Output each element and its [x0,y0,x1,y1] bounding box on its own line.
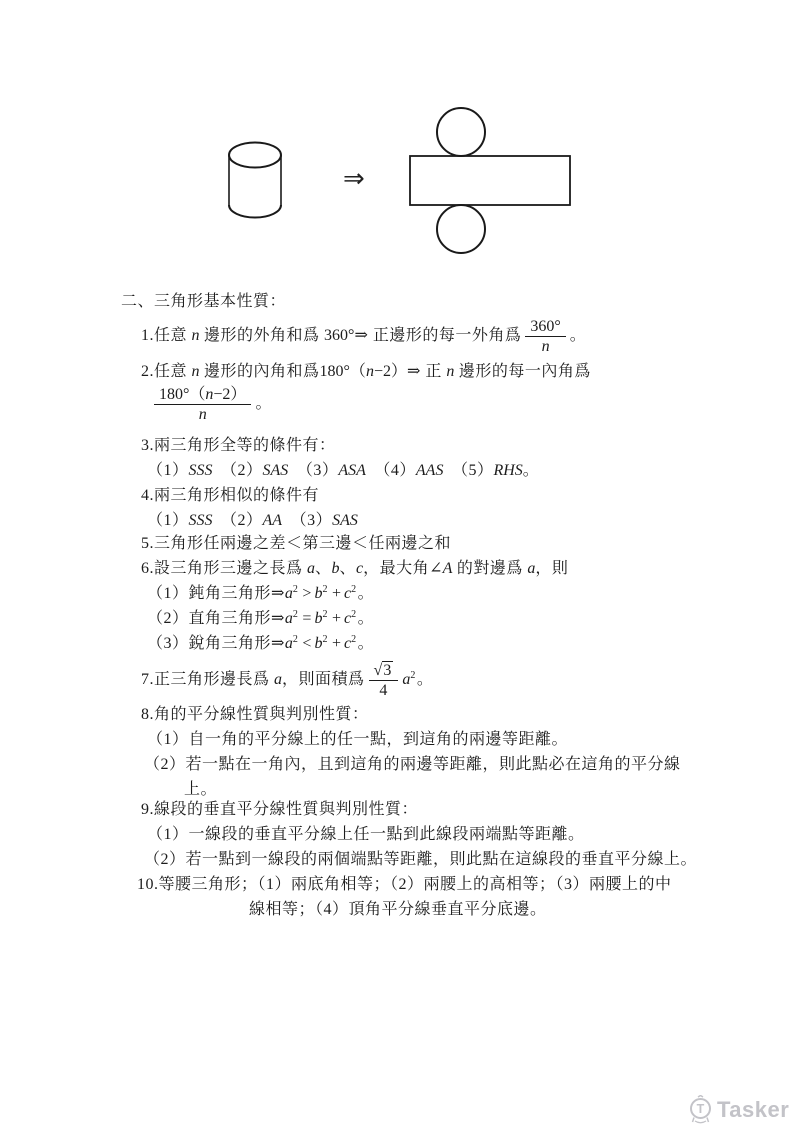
text-fragment: 1.任意 [141,327,192,344]
rule-interior-angles-formula: 180°（n−2）n。 [150,386,272,423]
math-operator: < [302,635,311,652]
math-number: −2） [374,363,407,380]
math-number: 180°（ [159,386,205,403]
cylinder-net-figure [407,105,573,257]
text-fragment: 。 [417,671,434,688]
math-abbrev: SSS [189,462,213,479]
text-fragment: 上。 [184,781,217,798]
tasker-watermark: T Tasker [687,1095,789,1124]
tasker-logo-letter: T [697,1102,705,1116]
exponent: 2 [293,634,299,645]
perp-bisector-property-1: （1）一線段的垂直平分線上任一點到此線段兩端點等距離。 [147,825,585,845]
text-fragment: （3）銳角三角形⇒ [147,635,285,652]
text-fragment: 邊形的每一內角爲 [454,363,591,380]
exponent: 2 [351,634,357,645]
case-acute-triangle: （3）銳角三角形⇒a2<b2+c2。 [147,634,374,654]
fraction: 180°（n−2）n [154,386,251,423]
fraction-denominator: n [154,405,251,423]
list-label: （5） [443,462,493,479]
exponent: 2 [322,634,328,645]
text-fragment: 邊形的外角和爲 [200,327,325,344]
math-operator: + [332,610,341,627]
text-fragment: 。 [358,635,375,652]
math-abbrev: RHS [493,462,522,479]
math-variable: b [332,560,340,577]
list-label: （2） [213,512,263,529]
text-fragment: ，則 [535,560,568,577]
exponent: 2 [322,584,328,595]
section-heading: 二、三角形基本性質： [121,292,286,312]
case-obtuse-triangle: （1）鈍角三角形⇒a2>b2+c2。 [147,584,374,604]
fraction-numerator: 360° [525,318,565,337]
radical-sign: √ [374,662,383,679]
math-abbrev: ASA [338,462,366,479]
text-fragment: 2.任意 [141,363,192,380]
list-label: （4） [366,462,416,479]
fraction-numerator: 180°（n−2） [154,386,251,405]
exponent: 2 [293,609,299,620]
text-fragment: （1）自一角的平分線上的任一點，到這角的兩邊等距離。 [147,731,568,748]
section-heading-text: 二、三角形基本性質： [121,293,286,310]
exponent: 2 [410,670,416,681]
angle-bisector-property-1: （1）自一角的平分線上的任一點，到這角的兩邊等距離。 [147,730,568,750]
math-operator: + [332,635,341,652]
rule-isosceles-triangle-cont: 線相等；（4）頂角平分線垂直平分底邊。 [249,900,547,920]
math-number: 180°（ [320,363,366,380]
text-fragment: ，最大角 [363,560,429,577]
math-variable: a [274,671,282,688]
text-fragment: （1）一線段的垂直平分線上任一點到此線段兩端點等距離。 [147,826,585,843]
rule-isosceles-triangle: 10.等腰三角形；（1）兩底角相等；（2）兩腰上的高相等；（3）兩腰上的中 [137,875,672,895]
math-variable: a [307,560,315,577]
math-abbrev: AAS [416,462,444,479]
math-number: −2） [213,386,246,403]
text-fragment: 線相等；（4）頂角平分線垂直平分底邊。 [249,901,547,918]
fraction-denominator: n [525,337,565,355]
math-abbrev: AA [263,512,283,529]
rule-similarity: 4.兩三角形相似的條件有 [141,486,319,506]
math-operator: + [332,585,341,602]
text-fragment: 、 [315,560,332,577]
list-label: （2） [213,462,263,479]
rule-exterior-angles: 1.任意 n 邊形的外角和爲 360°⇒ 正邊形的每一外角爲360°n。 [141,318,586,355]
unfold-arrow-icon: ⇒ [343,164,365,194]
text-fragment: 4.兩三角形相似的條件有 [141,487,319,504]
text-fragment: 邊形的內角和爲 [200,363,320,380]
exponent: 2 [293,584,299,595]
rule-congruence: 3.兩三角形全等的條件有： [141,436,336,456]
rule-interior-angles: 2.任意 n 邊形的內角和爲180°（n−2）⇒ 正 n 邊形的每一內角爲 [141,362,591,382]
rule-perpendicular-bisector: 9.線段的垂直平分線性質與判別性質： [141,800,418,820]
exponent: 2 [351,584,357,595]
text-fragment: 。 [570,327,587,344]
text-fragment: 5.三角形任兩邊之差＜第三邊＜任兩邊之和 [141,535,451,552]
tasker-logo-icon: T [687,1095,714,1124]
math-variable: n [366,363,374,380]
text-fragment: 。 [523,462,540,479]
fraction: 360°n [525,318,565,355]
text-fragment: （2）直角三角形⇒ [147,610,285,627]
fraction-numerator: √3 [369,662,399,681]
tasker-brand-text: Tasker [717,1097,789,1123]
angle-bisector-property-2: （2）若一點在一角內，且到這角的兩邊等距離，則此點必在這角的平分線 [144,755,681,775]
perp-bisector-property-2: （2）若一點到一線段的兩個端點等距離，則此點在這線段的垂直平分線上。 [144,850,697,870]
text-fragment: 10.等腰三角形；（1）兩底角相等；（2）兩腰上的高相等；（3）兩腰上的中 [137,876,672,893]
text-fragment: 、 [340,560,357,577]
math-operator: = [302,610,311,627]
congruence-conditions: （1）SSS （2）SAS （3）ASA （4）AAS （5）RHS。 [147,461,539,481]
rule-largest-angle: 6.設三角形三邊之長爲 a、b、c，最大角∠A 的對邊爲 a，則 [141,559,568,579]
list-label: （3） [288,462,338,479]
text-fragment: 的對邊爲 [452,560,527,577]
list-label: （3） [282,512,332,529]
case-right-triangle: （2）直角三角形⇒a2=b2+c2。 [147,609,374,629]
fraction: √34 [369,662,399,699]
text-fragment: ⇒ 正 [407,363,446,380]
text-fragment: 6.設三角形三邊之長爲 [141,560,307,577]
text-fragment: 3.兩三角形全等的條件有： [141,437,336,454]
text-fragment: （2）若一點在一角內，且到這角的兩邊等距離，則此點必在這角的平分線 [144,756,681,773]
document-page: ⇒ 二、三角形基本性質： 1.任意 n 邊形的外角和爲 360°⇒ 正邊形的每一… [0,0,800,1131]
text-fragment: （2）若一點到一線段的兩個端點等距離，則此點在這線段的垂直平分線上。 [144,851,697,868]
fraction-denominator: 4 [369,681,399,699]
text-fragment: 。 [358,610,375,627]
rule-equilateral-area: 7.正三角形邊長爲 a，則面積爲√34a2。 [141,662,433,699]
text-fragment: ，則面積爲 [282,671,365,688]
math-variable: A [443,560,453,577]
math-number: 360° [324,327,354,344]
exponent: 2 [322,609,328,620]
text-fragment: 9.線段的垂直平分線性質與判別性質： [141,801,418,818]
math-abbrev: SSS [189,512,213,529]
list-label: （1） [147,462,189,479]
math-operator: > [302,585,311,602]
radicand: 3 [382,661,393,679]
math-variable: n [192,363,200,380]
text-fragment: （1）鈍角三角形⇒ [147,585,285,602]
text-fragment: 8.角的平分線性質與判別性質： [141,706,369,723]
math-abbrev: SAS [332,512,358,529]
text-fragment: 。 [358,585,375,602]
text-fragment: ⇒ 正邊形的每一外角爲 [354,327,521,344]
cylinder-net-drawing [407,105,573,257]
list-label: （1） [147,512,189,529]
rule-triangle-inequality: 5.三角形任兩邊之差＜第三邊＜任兩邊之和 [141,534,451,554]
angle-symbol: ∠ [429,560,442,577]
rule-angle-bisector: 8.角的平分線性質與判別性質： [141,705,369,725]
math-variable: a [285,585,293,602]
exponent: 2 [351,609,357,620]
math-variable: a [285,610,293,627]
similarity-conditions: （1）SSS （2）AA （3）SAS [147,511,358,531]
text-fragment: 。 [255,395,272,412]
cylinder-figure [226,141,284,221]
text-fragment: 7.正三角形邊長爲 [141,671,274,688]
cylinder-drawing [226,141,284,221]
math-abbrev: SAS [263,462,289,479]
square-root: √3 [374,661,394,679]
angle-bisector-property-2-cont: 上。 [184,780,217,800]
math-variable: n [192,327,200,344]
math-variable: a [285,635,293,652]
